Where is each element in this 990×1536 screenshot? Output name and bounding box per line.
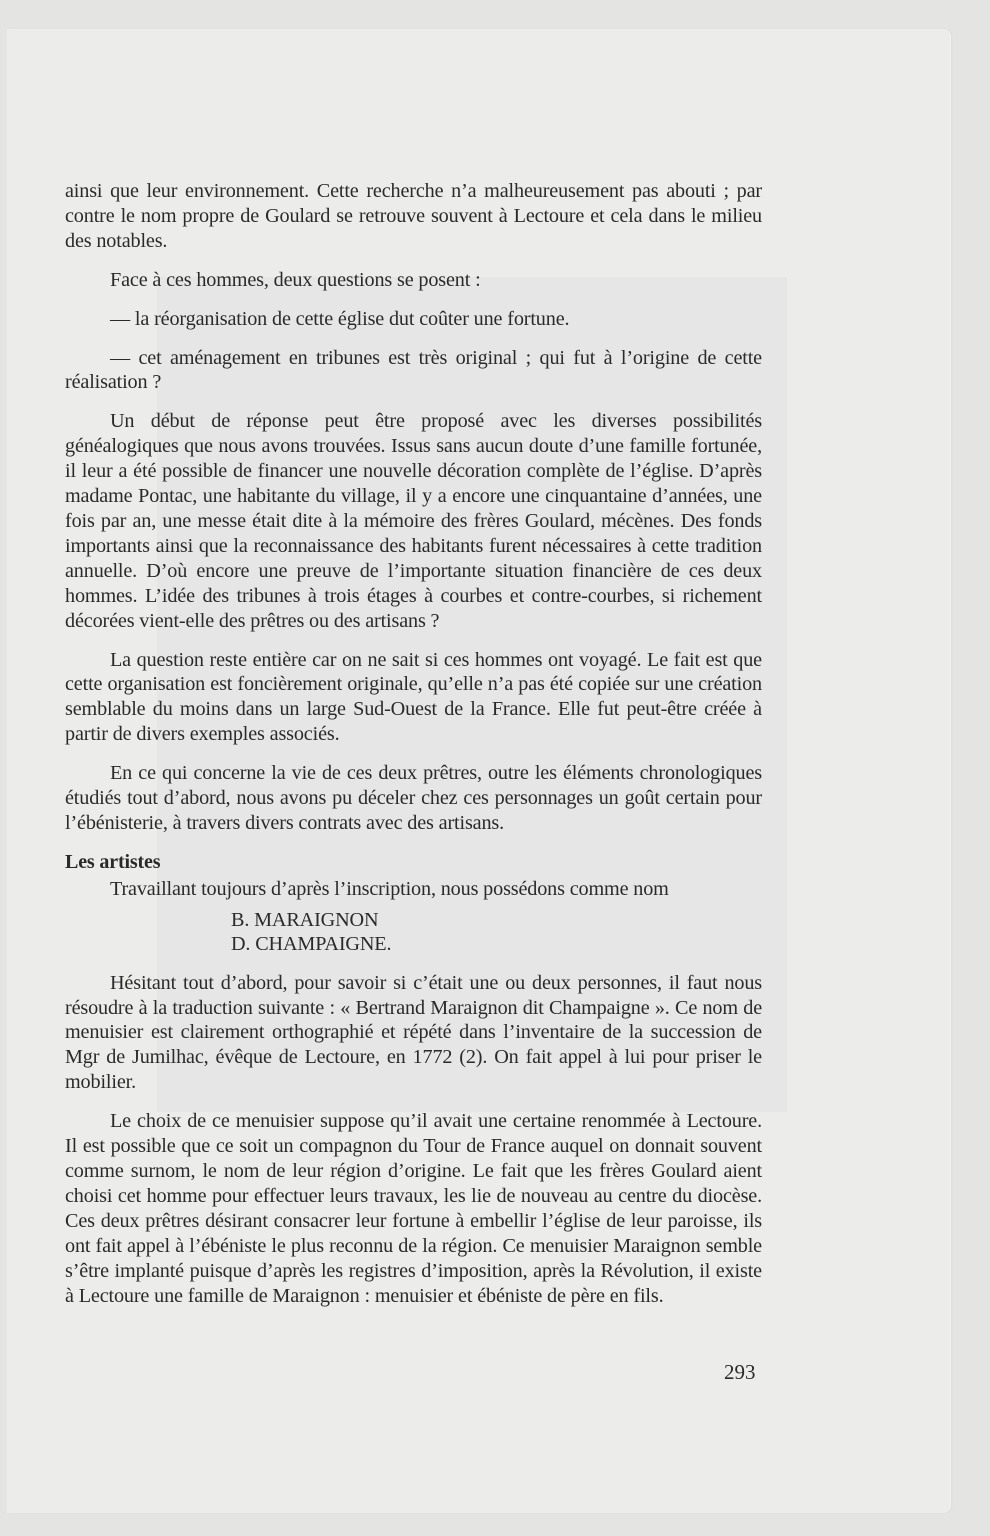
section-intro: Travaillant toujours d’après l’inscripti…	[65, 877, 762, 902]
book-page: ainsi que leur environnement. Cette rech…	[7, 29, 950, 1513]
paragraph-question-1: — la réorganisation de cette église dut …	[65, 307, 762, 332]
paragraph-questions-intro: Face à ces hommes, deux questions se pos…	[65, 268, 762, 293]
paragraph-answer: Un début de réponse peut être proposé av…	[65, 409, 762, 633]
body-text: ainsi que leur environnement. Cette rech…	[65, 179, 762, 1322]
artist-name: D. CHAMPAIGNE.	[231, 932, 762, 957]
paragraph-question-2: — cet aménagement en tribunes est très o…	[65, 346, 762, 396]
paragraph-continuation: ainsi que leur environnement. Cette rech…	[65, 179, 762, 254]
page-number: 293	[724, 1360, 756, 1385]
section-heading: Les artistes	[65, 850, 762, 875]
artist-names: B. MARAIGNON D. CHAMPAIGNE.	[65, 908, 762, 957]
paragraph-priests-life: En ce qui concerne la vie de ces deux pr…	[65, 761, 762, 836]
paragraph-originality: La question reste entière car on ne sait…	[65, 648, 762, 748]
paragraph-menuisier: Le choix de ce menuisier suppose qu’il a…	[65, 1109, 762, 1308]
paragraph-translation: Hésitant tout d’abord, pour savoir si c’…	[65, 971, 762, 1096]
artist-name: B. MARAIGNON	[231, 908, 762, 933]
